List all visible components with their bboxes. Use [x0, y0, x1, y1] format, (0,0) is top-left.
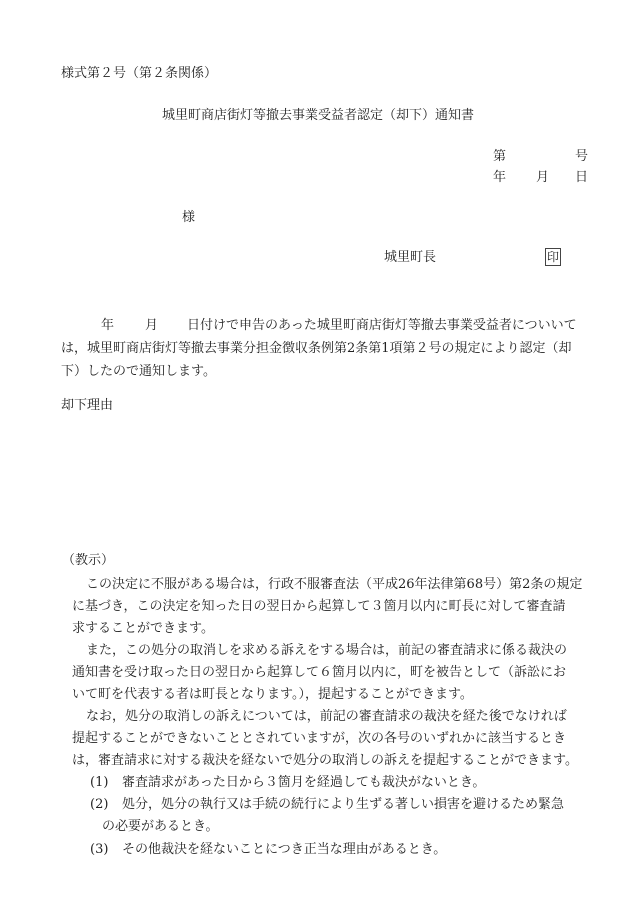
notice-paragraph-line: 通知書を受け取った日の翌日から起算して６箇月以内に，町を被告として（訴訟にお	[72, 665, 566, 681]
notice-paragraph-line: この決定に不服がある場合は，行政不服審査法（平成26年法律第68号）第2条の規定	[86, 577, 582, 593]
body-date-year: 年	[101, 318, 114, 334]
notice-item-number: (2)	[90, 797, 108, 813]
date-day: 日	[575, 170, 588, 186]
notice-paragraph-line: 求することができます。	[72, 621, 214, 637]
notice-paragraph-line: は，審査請求に対する裁決を経ないで処分の取消しの訴えを提起することができます。	[72, 753, 578, 769]
number-prefix: 第	[493, 149, 506, 165]
notice-item-text: 審査請求があった日から３箇月を経過しても裁決がないとき。	[122, 775, 485, 791]
number-suffix: 号	[575, 149, 588, 165]
body-line-3: 下）したので通知します。	[61, 364, 216, 380]
date-month: 月	[536, 170, 549, 186]
document-title: 城里町商店街灯等撤去事業受益者認定（却下）通知書	[162, 108, 474, 124]
notice-paragraph-line: いて町を代表する者は町長となります。），提起することができます。	[72, 687, 473, 703]
issuer-name: 城里町長	[384, 250, 436, 266]
notice-item-text: その他裁決を経ないことにつき正当な理由があるとき。	[122, 842, 446, 858]
rejection-reason-label: 却下理由	[61, 398, 113, 414]
notice-item-number: (3)	[90, 842, 108, 858]
date-year: 年	[493, 170, 506, 186]
notice-paragraph-line: 提起することができないこととされていますが，次の各号のいずれかに該当するとき	[72, 731, 566, 747]
notice-heading: （教示）	[62, 553, 114, 569]
notice-item-text: 処分，処分の執行又は手続の続行により生ずる著しい損害を避けるため緊急	[122, 797, 564, 813]
notice-item-number: (1)	[90, 775, 108, 791]
body-line-1: 日付けで申告のあった城里町商店街灯等撤去事業受益者についいて	[187, 318, 577, 334]
notice-item-continuation: の必要があるとき。	[102, 819, 218, 835]
notice-paragraph-line: なお，処分の取消しの訴えについては，前記の審査請求の裁決を経た後でなければ	[86, 709, 567, 725]
notice-paragraph-line: に基づき，この決定を知った日の翌日から起算して３箇月以内に町長に対して審査請	[72, 599, 565, 615]
addressee-suffix: 様	[182, 210, 195, 226]
seal-mark: 印	[545, 248, 561, 266]
form-label: 様式第２号（第２条関係）	[61, 66, 217, 82]
body-date-month: 月	[145, 318, 158, 334]
body-line-2: は，城里町商店街灯等撤去事業分担金徴収条例第2条第1項第２号の規定により認定（却	[61, 341, 572, 357]
notice-paragraph-line: また，この処分の取消しを求める訴えをする場合は，前記の審査請求に係る裁決の	[86, 643, 567, 659]
